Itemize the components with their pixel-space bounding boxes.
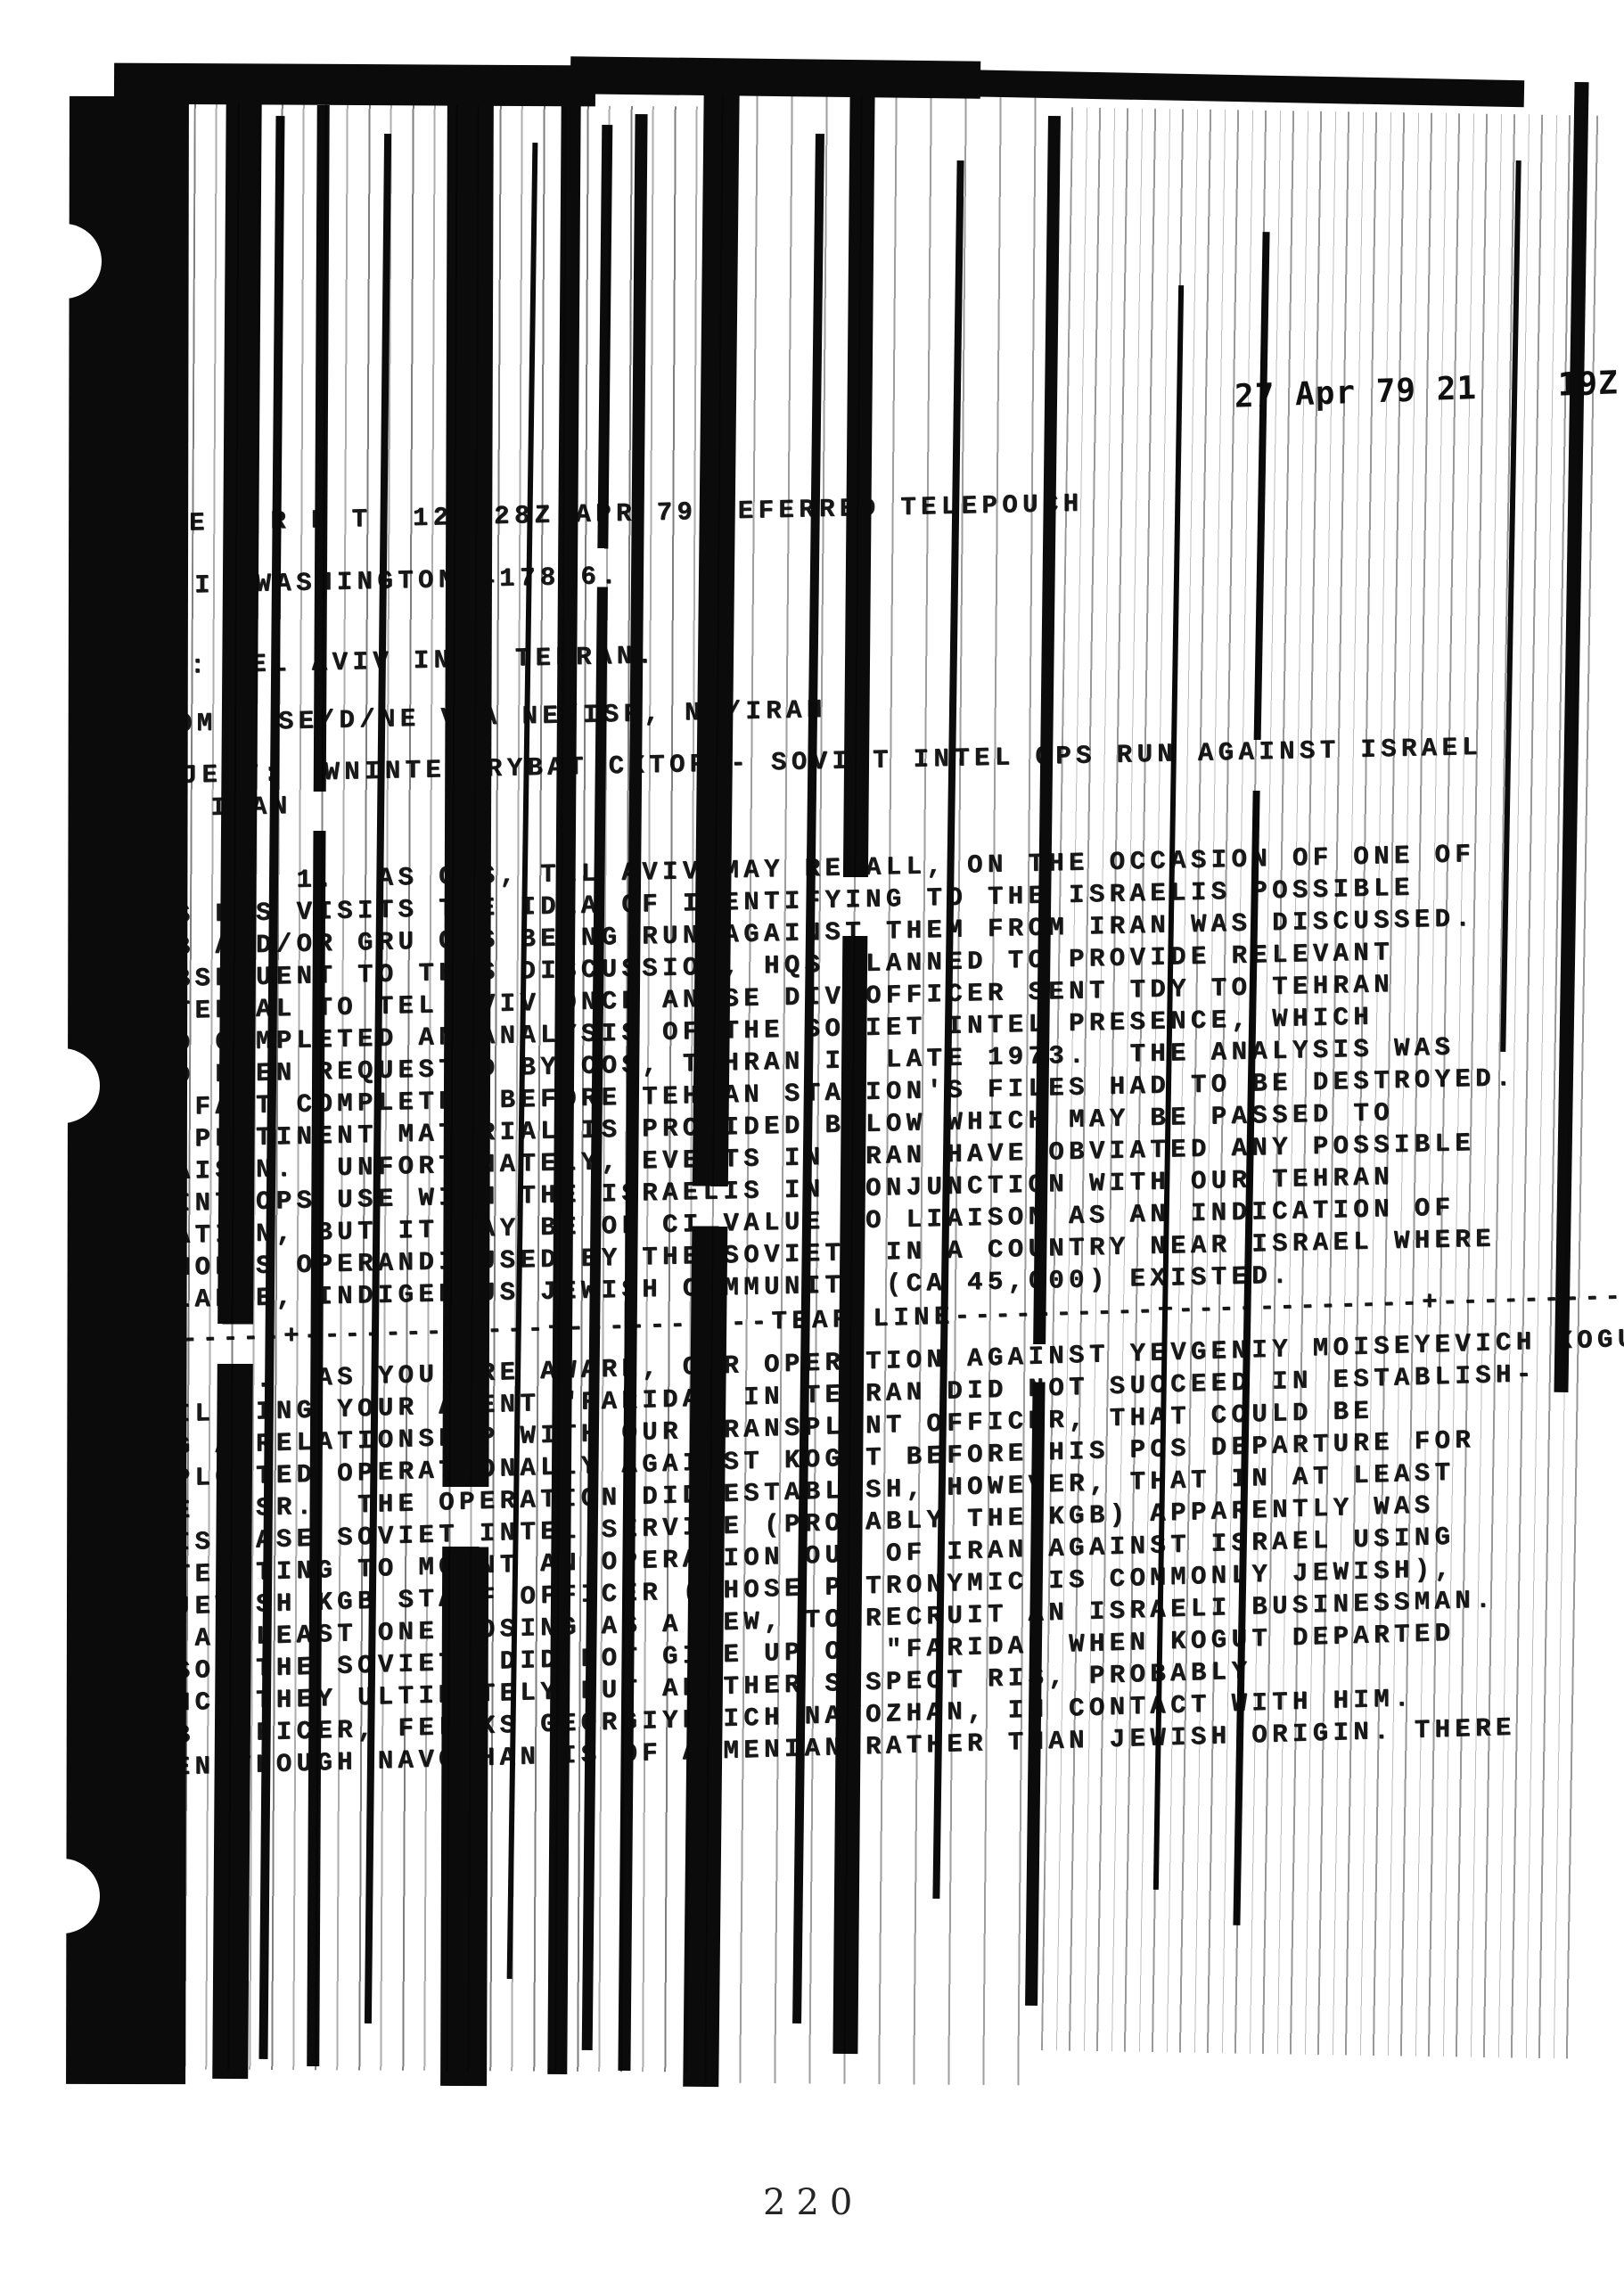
scanned-cable-page: 27 Apr 79 21 19Z E C R E T 120328Z APR 7… — [0, 0, 1624, 2282]
punch-hole — [25, 1048, 100, 1123]
below-tear-section: ----------+------------+----------TEAR L… — [0, 0, 1624, 2282]
punch-hole — [25, 1859, 100, 1933]
punch-hole — [27, 224, 102, 299]
document-content: 27 Apr 79 21 19Z E C R E T 120328Z APR 7… — [0, 0, 1624, 2282]
page-number: 220 — [763, 2182, 863, 2223]
